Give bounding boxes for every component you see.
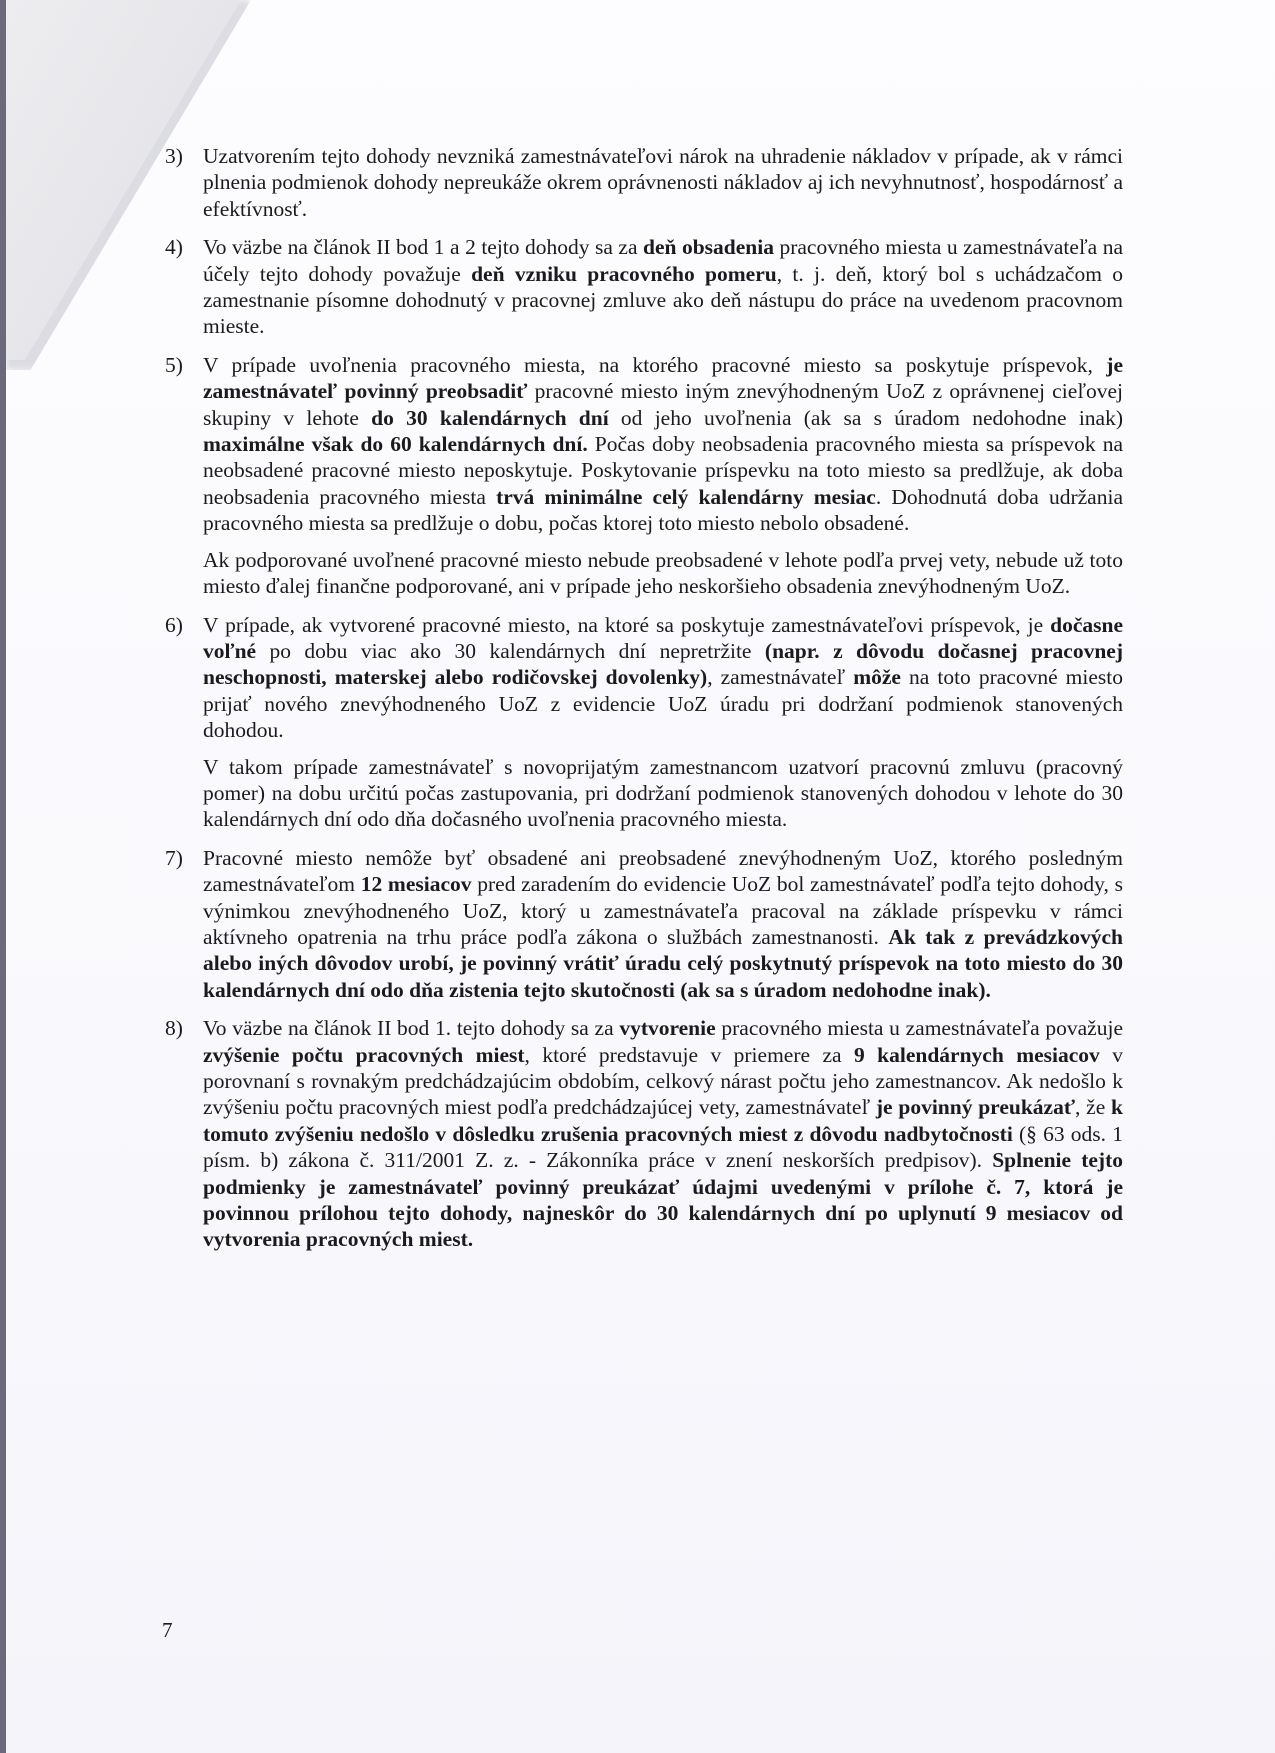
list-item: 7)Pracovné miesto nemôže byť obsadené an…	[165, 845, 1123, 1003]
list-item: 8)Vo väzbe na článok II bod 1. tejto doh…	[165, 1015, 1123, 1253]
item-number: 6)	[165, 612, 203, 833]
bold-text: deň obsadenia	[643, 235, 774, 259]
paragraph: Uzatvorením tejto dohody nevzniká zamest…	[203, 143, 1123, 222]
text-run: Vo väzbe na článok II bod 1. tejto dohod…	[203, 1016, 619, 1040]
text-run: V prípade uvoľnenia pracovného miesta, n…	[203, 353, 1106, 377]
bold-text: je povinný preukázať	[876, 1095, 1075, 1119]
item-text: Uzatvorením tejto dohody nevzniká zamest…	[203, 143, 1123, 222]
text-run: od jeho uvoľnenia (ak sa s úradom nedoho…	[609, 406, 1123, 430]
item-number: 7)	[165, 845, 203, 1003]
bold-text: zvýšenie počtu pracovných miest	[203, 1043, 525, 1067]
paragraph: Vo väzbe na článok II bod 1 a 2 tejto do…	[203, 234, 1123, 340]
item-number: 8)	[165, 1015, 203, 1253]
list-item: 3)Uzatvorením tejto dohody nevzniká zame…	[165, 143, 1123, 222]
article-body: 3)Uzatvorením tejto dohody nevzniká zame…	[165, 143, 1123, 1265]
paragraph: Pracovné miesto nemôže byť obsadené ani …	[203, 845, 1123, 1003]
list-item: 6)V prípade, ak vytvorené pracovné miest…	[165, 612, 1123, 833]
text-run: V prípade, ak vytvorené pracovné miesto,…	[203, 613, 1050, 637]
page-number: 7	[162, 1618, 173, 1643]
text-run: Uzatvorením tejto dohody nevzniká zamest…	[203, 144, 1123, 221]
scan-edge	[0, 0, 6, 1753]
bold-text: vytvorenie	[619, 1016, 715, 1040]
item-text: Pracovné miesto nemôže byť obsadené ani …	[203, 845, 1123, 1003]
bold-text: do 30 kalendárnych dní	[371, 406, 609, 430]
item-number: 5)	[165, 352, 203, 600]
paragraph: Vo väzbe na článok II bod 1. tejto dohod…	[203, 1015, 1123, 1253]
item-text: Vo väzbe na článok II bod 1 a 2 tejto do…	[203, 234, 1123, 340]
text-run: pracovného miesta u zamestnávateľa považ…	[716, 1016, 1123, 1040]
bold-text: 12 mesiacov	[361, 872, 472, 896]
list-item: 4)Vo väzbe na článok II bod 1 a 2 tejto …	[165, 234, 1123, 340]
text-run: , ktoré predstavuje v priemere za	[525, 1043, 854, 1067]
item-text: V prípade, ak vytvorené pracovné miesto,…	[203, 612, 1123, 833]
text-run: po dobu viac ako 30 kalendárnych dní nep…	[256, 639, 765, 663]
text-run: Vo väzbe na článok II bod 1 a 2 tejto do…	[203, 235, 643, 259]
paragraph: Ak podporované uvoľnené pracovné miesto …	[203, 547, 1123, 600]
text-run: , zamestnávateľ	[707, 665, 853, 689]
paragraph: V takom prípade zamestnávateľ s novoprij…	[203, 754, 1123, 833]
paragraph: V prípade uvoľnenia pracovného miesta, n…	[203, 352, 1123, 537]
item-text: Vo väzbe na článok II bod 1. tejto dohod…	[203, 1015, 1123, 1253]
text-run: , že	[1075, 1095, 1111, 1119]
item-text: V prípade uvoľnenia pracovného miesta, n…	[203, 352, 1123, 600]
paragraph: V prípade, ak vytvorené pracovné miesto,…	[203, 612, 1123, 744]
bold-text: deň vzniku pracovného pomeru	[471, 262, 777, 286]
bold-text: trvá minimálne celý kalendárny mesiac	[496, 485, 876, 509]
bold-text: môže	[853, 665, 901, 689]
text-run: V takom prípade zamestnávateľ s novoprij…	[203, 755, 1123, 832]
item-number: 4)	[165, 234, 203, 340]
document-page: 3)Uzatvorením tejto dohody nevzniká zame…	[0, 0, 1275, 1753]
text-run: Ak podporované uvoľnené pracovné miesto …	[203, 548, 1123, 598]
item-number: 3)	[165, 143, 203, 222]
bold-text: 9 kalendárnych mesiacov	[854, 1043, 1100, 1067]
bold-text: maximálne však do 60 kalendárnych dní.	[203, 432, 588, 456]
list-item: 5)V prípade uvoľnenia pracovného miesta,…	[165, 352, 1123, 600]
